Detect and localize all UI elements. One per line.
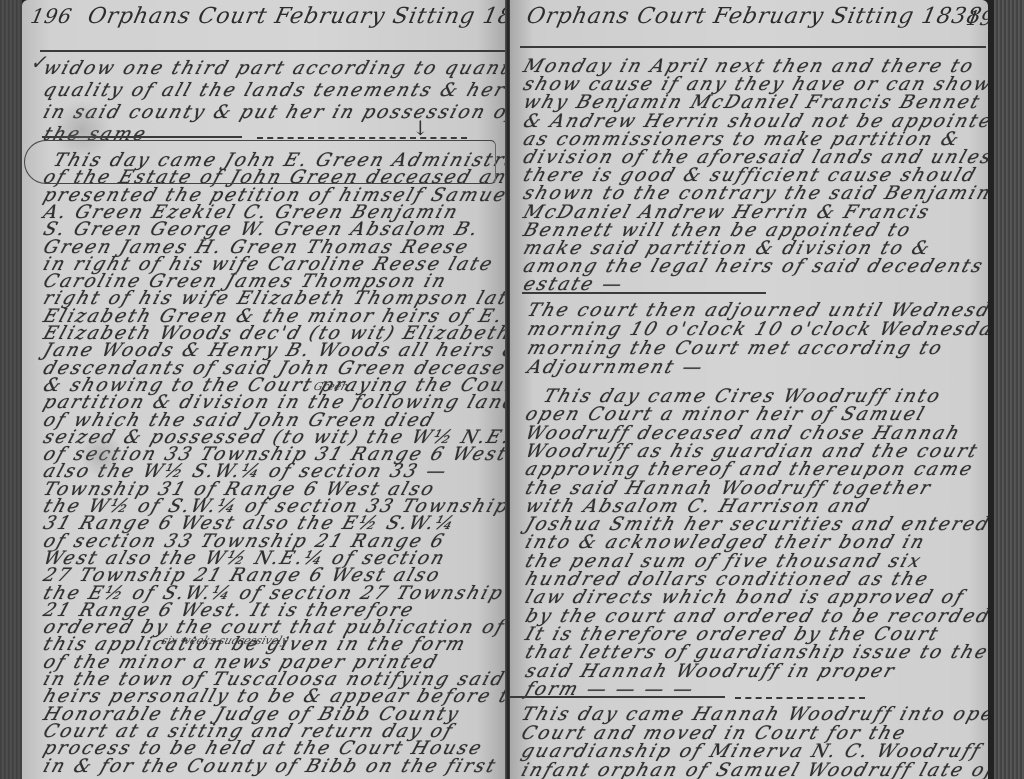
left-page: 196 Orphans Court February Sitting 1838 … <box>22 0 506 779</box>
handwritten-line: quality of all the lands tenements & her… <box>41 80 506 101</box>
book-spread: 196 Orphans Court February Sitting 1838 … <box>0 0 1024 779</box>
entry-separator-dashes <box>257 137 467 139</box>
handwritten-line: in & for the County of Bibb on the first <box>41 756 500 777</box>
header-rule <box>520 46 986 48</box>
left-page-edges <box>0 0 22 779</box>
left-page-number: 196 <box>29 4 75 28</box>
right-page-header-title: Orphans Court February Sitting 1838 <box>524 4 984 29</box>
left-page-header-title: Orphans Court February Sitting 1838 <box>85 4 506 29</box>
check-mark: ↓ <box>412 116 429 140</box>
right-page-edges <box>994 0 1024 779</box>
handwritten-line: The court then adjourned until Wednesday… <box>525 300 988 321</box>
handwritten-line: Adjournment — <box>525 357 707 378</box>
handwritten-line: morning 10 o'clock 10 o'clock Wednesday <box>525 319 988 340</box>
left-page-header: 196 Orphans Court February Sitting 1838 <box>26 4 506 38</box>
handwritten-line: infant orphan of Samuel Woodruff late of… <box>519 760 988 779</box>
stain <box>82 430 122 480</box>
stain <box>52 100 112 160</box>
entry-separator-dashes <box>735 697 865 699</box>
interlinear-note: six weeks successively <box>160 634 290 647</box>
handwritten-line: guardianship of Minerva N. C. Woodruff <box>519 741 985 762</box>
entry-separator <box>522 292 766 294</box>
handwritten-line: widow one third part according to quanti… <box>41 58 506 79</box>
right-page-header: Orphans Court February Sitting 1838 197 <box>522 4 988 38</box>
right-page-number: 197 <box>964 6 988 30</box>
handwritten-line: morning the Court met according to <box>525 338 947 359</box>
entry-separator <box>510 696 725 698</box>
right-page: Orphans Court February Sitting 1838 197 … <box>510 0 988 779</box>
interlinear-note: Green <box>312 380 350 393</box>
handwritten-line: This day came Hannah Woodruff into open <box>519 704 988 725</box>
header-rule <box>40 50 506 52</box>
